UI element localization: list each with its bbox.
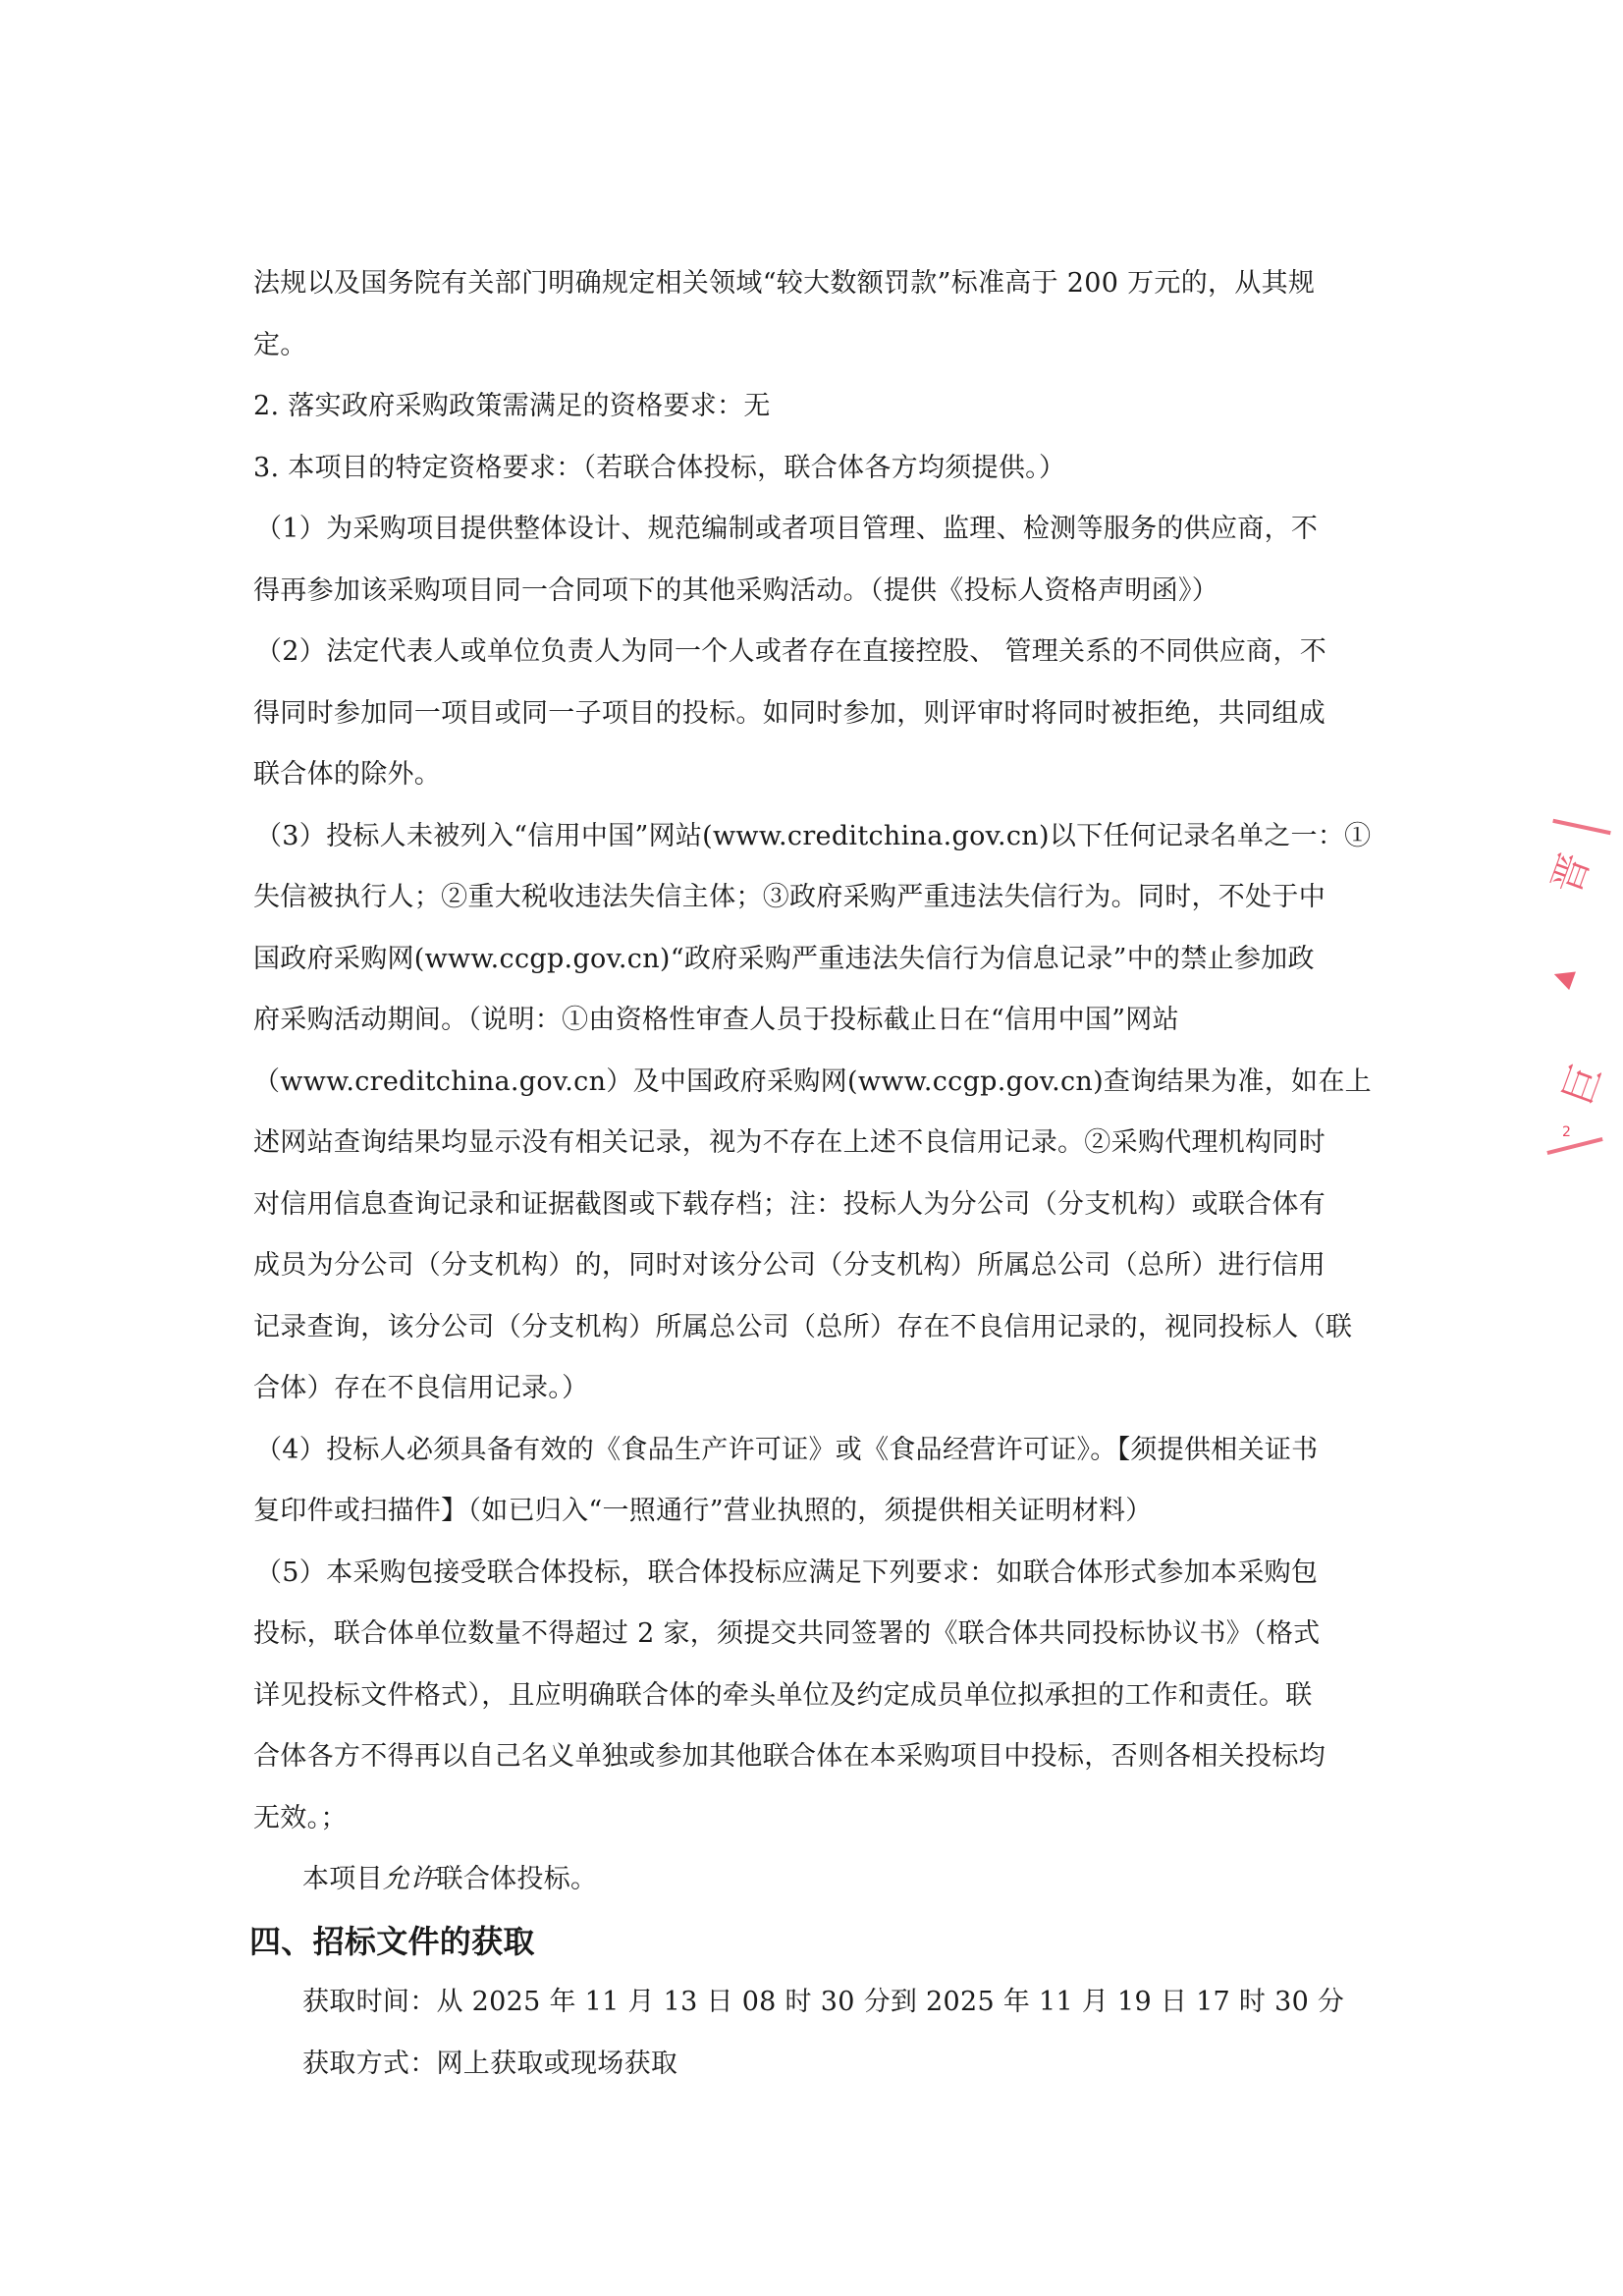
requirement-5-line: （5）本采购包接受联合体投标，联合体投标应满足下列要求：如联合体形式参加本采购包 (253, 1543, 1343, 1605)
requirement-3-line: 对信用信息查询记录和证据截图或下载存档；注：投标人为分公司（分支机构）或联合体有 (253, 1175, 1343, 1236)
seal-star-icon: ▲ (1544, 962, 1579, 991)
requirement-3-line: 合体）存在不良信用记录。） (253, 1358, 1343, 1420)
requirement-5-line: 无效。； (253, 1788, 1343, 1850)
requirement-3-line: 成员为分公司（分支机构）的，同时对该分公司（分支机构）所属总公司（总所）进行信用 (253, 1235, 1343, 1297)
red-seal-stamp: 晋 ▲ 巨 2 (1546, 805, 1623, 1169)
consortium-emphasis: 允许 (383, 1864, 437, 1894)
requirement-4-line: （4）投标人必须具备有效的《食品生产许可证》或《食品经营许可证》。【须提供相关证… (253, 1420, 1343, 1482)
requirement-1-line: （1）为采购项目提供整体设计、规范编制或者项目管理、监理、检测等服务的供应商，不 (253, 499, 1343, 561)
acquisition-time: 获取时间：从 2025 年 11 月 13 日 08 时 30 分到 2025 … (253, 1972, 1343, 2034)
consortium-prefix: 本项目 (302, 1864, 383, 1894)
document-body: 法规以及国务院有关部门明确规定相关领域“较大数额罚款”标准高于 200 万元的，… (253, 253, 1343, 2095)
seal-number: 2 (1562, 1124, 1571, 1140)
requirement-2-line: （2）法定代表人或单位负责人为同一个人或者存在直接控股、 管理关系的不同供应商，… (253, 622, 1343, 683)
paragraph-line: 法规以及国务院有关部门明确规定相关领域“较大数额罚款”标准高于 200 万元的，… (253, 253, 1343, 315)
policy-requirement-line: 2. 落实政府采购政策需满足的资格要求：无 (253, 376, 1343, 438)
seal-glyph: 巨 (1546, 1056, 1612, 1112)
seal-rim (1546, 1137, 1602, 1155)
requirement-3-line: 述网站查询结果均显示没有相关记录，视为不存在上述不良信用记录。②采购代理机构同时 (253, 1113, 1343, 1175)
requirement-1-line: 得再参加该采购项目同一合同项下的其他采购活动。（提供《投标人资格声明函》） (253, 561, 1343, 623)
requirement-3-line: 失信被执行人；②重大税收违法失信主体；③政府采购严重违法失信行为。同时，不处于中 (253, 867, 1343, 929)
document-page: 法规以及国务院有关部门明确规定相关领域“较大数额罚款”标准高于 200 万元的，… (0, 0, 1623, 2296)
requirement-3-line: （3）投标人未被列入“信用中国”网站(www.creditchina.gov.c… (253, 806, 1343, 868)
requirement-2-line: 得同时参加同一项目或同一子项目的投标。如同时参加，则评审时将同时被拒绝，共同组成 (253, 683, 1343, 745)
seal-glyph: 晋 (1535, 845, 1600, 901)
consortium-suffix: 联合体投标。 (437, 1864, 598, 1894)
seal-rim (1552, 819, 1611, 835)
requirement-5-line: 合体各方不得再以自己名义单独或参加其他联合体在本采购项目中投标，否则各相关投标均 (253, 1726, 1343, 1788)
consortium-statement: 本项目允许联合体投标。 (253, 1849, 1343, 1911)
requirement-5-line: 详见投标文件格式），且应明确联合体的牵头单位及约定成员单位拟承担的工作和责任。联 (253, 1666, 1343, 1727)
requirement-3-line: 府采购活动期间。（说明：①由资格性审查人员于投标截止日在“信用中国”网站 (253, 990, 1343, 1052)
requirement-3-line: 记录查询，该分公司（分支机构）所属总公司（总所）存在不良信用记录的，视同投标人（… (253, 1297, 1343, 1359)
requirement-4-line: 复印件或扫描件】（如已归入“一照通行”营业执照的，须提供相关证明材料） (253, 1481, 1343, 1543)
requirement-2-line: 联合体的除外。 (253, 744, 1343, 806)
section-heading: 四、招标文件的获取 (249, 1911, 1343, 1973)
acquisition-method: 获取方式：网上获取或现场获取 (253, 2034, 1343, 2096)
paragraph-line: 定。 (253, 315, 1343, 377)
specific-requirement-heading: 3. 本项目的特定资格要求：（若联合体投标，联合体各方均须提供。） (253, 438, 1343, 500)
requirement-3-line: 国政府采购网(www.ccgp.gov.cn)“政府采购严重违法失信行为信息记录… (253, 929, 1343, 991)
requirement-5-line: 投标，联合体单位数量不得超过 2 家，须提交共同签署的《联合体共同投标协议书》（… (253, 1604, 1343, 1666)
requirement-3-line: （www.creditchina.gov.cn）及中国政府采购网(www.ccg… (253, 1052, 1343, 1114)
